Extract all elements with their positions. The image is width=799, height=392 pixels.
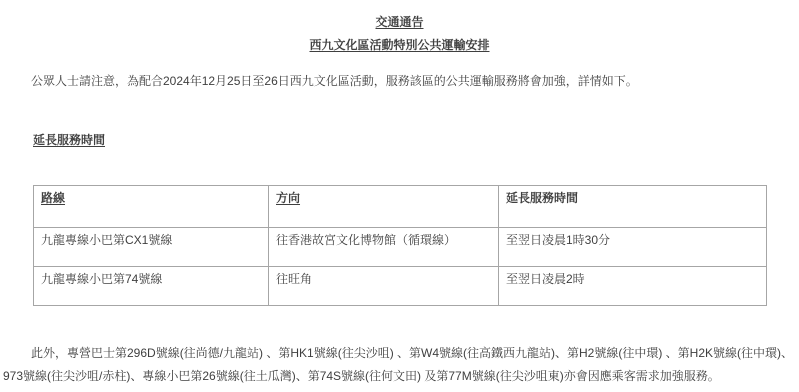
route-cell: 九龍專線小巴第CX1號線 [34, 228, 269, 267]
column-header-direction-text: 方向 [276, 191, 300, 205]
notice-title-text: 交通通告 [375, 15, 423, 29]
footer-paragraph: 此外，專營巴士第296D號線(往尚德/九龍站) 、第HK1號線(往尖沙咀) 、第… [3, 342, 796, 388]
table-row: 九龍專線小巴第CX1號線 往香港故宮文化博物館（循環線） 至翌日凌晨1時30分 [34, 228, 767, 267]
section-heading-text: 延長服務時間 [33, 133, 105, 147]
extended-service-table: 路線 方向 延長服務時間 九龍專線小巴第CX1號線 往香港故宮文化博物館（循環線… [33, 185, 767, 306]
section-heading-extended-service-hours: 延長服務時間 [33, 133, 796, 148]
column-header-route: 路線 [34, 186, 269, 228]
table-row: 九龍專線小巴第74號線 往旺角 至翌日凌晨2時 [34, 267, 767, 306]
column-header-extended-hours-text: 延長服務時間 [506, 191, 578, 205]
extended-hours-cell: 至翌日凌晨1時30分 [499, 228, 767, 267]
notice-document: 交通通告 西九文化區活動特別公共運輸安排 公眾人士請注意，為配合2024年12月… [0, 0, 799, 388]
notice-subtitle: 西九文化區活動特別公共運輸安排 [3, 38, 796, 53]
column-header-route-text: 路線 [41, 191, 65, 205]
route-cell: 九龍專線小巴第74號線 [34, 267, 269, 306]
extended-hours-cell: 至翌日凌晨2時 [499, 267, 767, 306]
direction-cell: 往香港故宮文化博物館（循環線） [269, 228, 499, 267]
table-header-row: 路線 方向 延長服務時間 [34, 186, 767, 228]
column-header-direction: 方向 [269, 186, 499, 228]
column-header-extended-hours: 延長服務時間 [499, 186, 767, 228]
direction-cell: 往旺角 [269, 267, 499, 306]
notice-title: 交通通告 [3, 15, 796, 30]
notice-subtitle-text: 西九文化區活動特別公共運輸安排 [309, 38, 489, 52]
intro-paragraph: 公眾人士請注意，為配合2024年12月25日至26日西九文化區活動，服務該區的公… [3, 74, 796, 89]
